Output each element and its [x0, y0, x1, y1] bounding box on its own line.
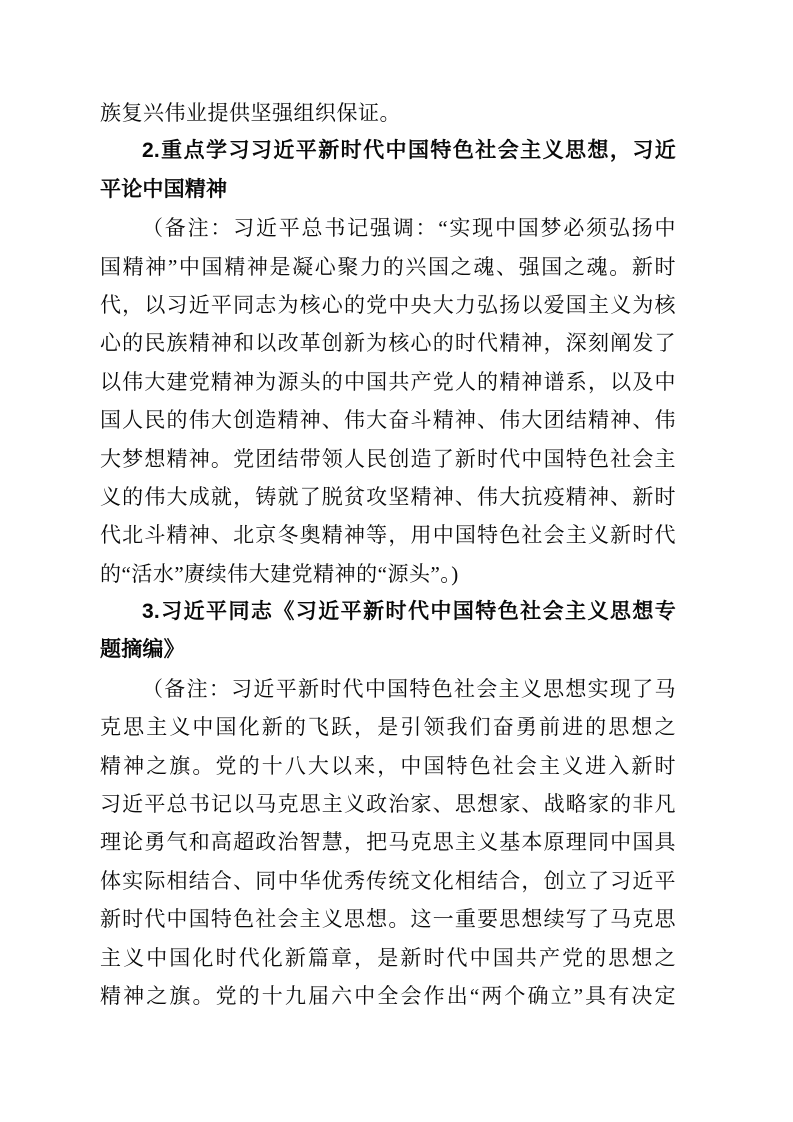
text-line-1: 族复兴伟业提供坚强组织保证。: [100, 94, 676, 132]
text-line-10: 大梦想精神。党团结带领人民创造了新时代中国特色社会主: [100, 440, 676, 478]
text-line-13: 的“活水”赓续伟大建党精神的“源头”。): [100, 555, 676, 593]
text-line-17: 克思主义中国化新的飞跃，是引领我们奋勇前进的思想之旗、: [100, 708, 676, 746]
text-line-5: 国精神”中国精神是凝心聚力的兴国之魂、强国之魂。新时: [100, 248, 676, 286]
text-line-20: 理论勇气和高超政治智慧，把马克思主义基本原理同中国具: [100, 823, 676, 861]
text-line-6: 代，以习近平同志为核心的党中央大力弘扬以爱国主义为核: [100, 286, 676, 324]
text-line-19: 习近平总书记以马克思主义政治家、思想家、战略家的非凡: [100, 785, 676, 823]
text-line-12: 代北斗精神、北京冬奥精神等，用中国特色社会主义新时代: [100, 516, 676, 554]
text-line-4: （备注：习近平总书记强调：“实现中国梦必须弘扬中: [100, 209, 676, 247]
text-line-14: 3.习近平同志《习近平新时代中国特色社会主义思想专: [100, 593, 676, 631]
text-line-3: 平论中国精神: [100, 171, 676, 209]
text-line-8: 以伟大建党精神为源头的中国共产党人的精神谱系，以及中: [100, 363, 676, 401]
text-line-2: 2.重点学习习近平新时代中国特色社会主义思想，习近: [100, 132, 676, 170]
document-page: 族复兴伟业提供坚强组织保证。2.重点学习习近平新时代中国特色社会主义思想，习近平…: [0, 0, 793, 1122]
text-line-15: 题摘编》: [100, 631, 676, 669]
document-text-block: 族复兴伟业提供坚强组织保证。2.重点学习习近平新时代中国特色社会主义思想，习近平…: [100, 94, 676, 1015]
text-line-21: 体实际相结合、同中华优秀传统文化相结合，创立了习近平: [100, 862, 676, 900]
text-line-16: （备注：习近平新时代中国特色社会主义思想实现了马: [100, 670, 676, 708]
text-line-22: 新时代中国特色社会主义思想。这一重要思想续写了马克思: [100, 900, 676, 938]
text-line-9: 国人民的伟大创造精神、伟大奋斗精神、伟大团结精神、伟: [100, 401, 676, 439]
text-line-11: 义的伟大成就，铸就了脱贫攻坚精神、伟大抗疫精神、新时: [100, 478, 676, 516]
text-line-24: 精神之旗。党的十九届六中全会作出“两个确立”具有决定: [100, 977, 676, 1015]
text-line-23: 主义中国化时代化新篇章，是新时代中国共产党的思想之旗、: [100, 939, 676, 977]
text-line-7: 心的民族精神和以改革创新为核心的时代精神，深刻阐发了: [100, 324, 676, 362]
text-line-18: 精神之旗。党的十八大以来，中国特色社会主义进入新时代，: [100, 747, 676, 785]
